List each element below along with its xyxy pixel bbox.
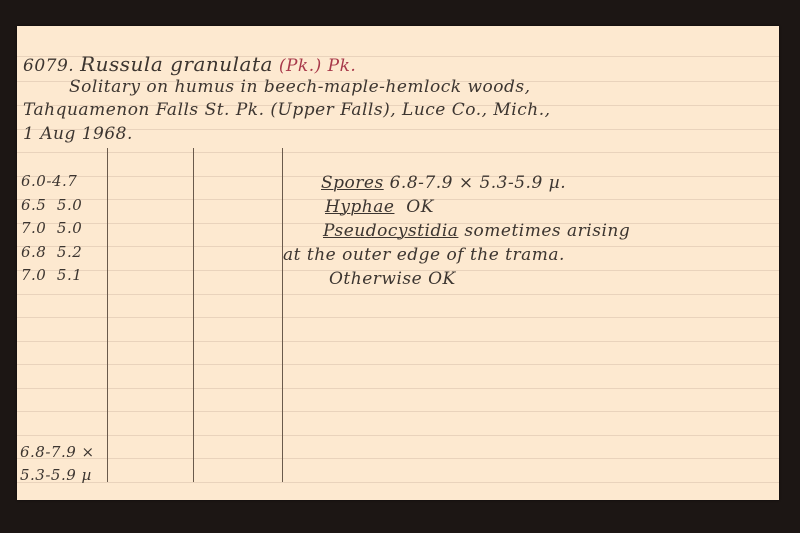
ruled-line bbox=[17, 411, 779, 412]
spores-note: Spores 6.8-7.9 × 5.3-5.9 µ. bbox=[321, 173, 566, 193]
herbarium-card: 6079. Russula granulata (Pk.) Pk. Solita… bbox=[17, 26, 779, 500]
trama-note: at the outer edge of the trama. bbox=[283, 245, 565, 265]
collection-header: 6079. Russula granulata (Pk.) Pk. bbox=[23, 52, 356, 76]
ruled-line bbox=[17, 294, 779, 295]
date-line: 1 Aug 1968. bbox=[23, 124, 133, 144]
measurement-summary-1: 6.8-7.9 × bbox=[20, 443, 95, 461]
ruled-line bbox=[17, 458, 779, 459]
species-name: Russula granulata bbox=[80, 52, 273, 76]
column-divider-2 bbox=[193, 148, 194, 482]
column-divider-1 bbox=[107, 148, 108, 482]
measurement-row: 6.0-4.7 bbox=[21, 172, 77, 190]
collection-number: 6079. bbox=[23, 56, 74, 76]
ruled-line bbox=[17, 364, 779, 365]
pseudocystidia-note: Pseudocystidia sometimes arising bbox=[323, 221, 630, 241]
ruled-line bbox=[17, 317, 779, 318]
column-divider-3 bbox=[282, 148, 283, 482]
measurement-row: 7.0 5.0 bbox=[21, 219, 82, 237]
ruled-line bbox=[17, 152, 779, 153]
ruled-line bbox=[17, 435, 779, 436]
species-authority: (Pk.) Pk. bbox=[279, 56, 356, 76]
ruled-line bbox=[17, 482, 779, 483]
locality-line: Tahquamenon Falls St. Pk. (Upper Falls),… bbox=[23, 100, 551, 120]
measurement-row: 6.5 5.0 bbox=[21, 196, 82, 214]
habitat-line: Solitary on humus in beech-maple-hemlock… bbox=[69, 77, 530, 97]
otherwise-note: Otherwise OK bbox=[329, 269, 456, 289]
measurement-row: 6.8 5.2 bbox=[21, 243, 82, 261]
hyphae-note: Hyphae OK bbox=[325, 197, 434, 217]
measurement-row: 7.0 5.1 bbox=[21, 266, 82, 284]
ruled-line bbox=[17, 341, 779, 342]
measurement-summary-2: 5.3-5.9 µ bbox=[20, 466, 92, 484]
ruled-line bbox=[17, 388, 779, 389]
